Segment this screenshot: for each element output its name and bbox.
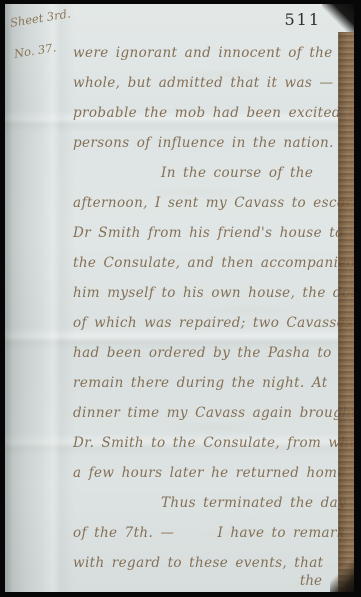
manuscript-line: Dr Smith from his friend's house to [73, 218, 340, 248]
top-right-corner-shadow [322, 4, 354, 32]
manuscript-line: of which was repaired; two Cavasses [73, 308, 340, 338]
manuscript-line: remain there during the night. At [73, 368, 340, 398]
manuscript-line: Thus terminated the day [73, 488, 340, 518]
binding-gutter-shadow [5, 4, 75, 592]
folio-number: 511 [284, 10, 321, 29]
catchword: the [300, 573, 322, 589]
margin-note-dispatch-number: No. 37. [13, 40, 57, 60]
manuscript-line: In the course of the [73, 158, 340, 188]
manuscript-line: were ignorant and innocent of the [73, 38, 340, 68]
manuscript-line: the Consulate, and then accompanied [73, 248, 340, 278]
manuscript-line: afternoon, I sent my Cavass to escort [73, 188, 340, 218]
manuscript-line: probable the mob had been excited by [73, 98, 340, 128]
scanned-photo-frame: 511 Sheet 3rd. No. 37. were ignorant and… [0, 0, 361, 597]
document-page: 511 Sheet 3rd. No. 37. were ignorant and… [5, 4, 354, 592]
manuscript-line: dinner time my Cavass again brought [73, 398, 340, 428]
manuscript-line: had been ordered by the Pasha to [73, 338, 340, 368]
manuscript-lines: were ignorant and innocent of thewhole, … [73, 38, 340, 578]
manuscript-line: Dr. Smith to the Consulate, from where [73, 428, 340, 458]
manuscript-line: whole, but admitted that it was — [73, 68, 340, 98]
manuscript-line: him myself to his own house, the door [73, 278, 340, 308]
manuscript-line: of the 7th. — I have to remark, [73, 518, 340, 548]
margin-note-sheet: Sheet 3rd. [9, 6, 71, 29]
manuscript-line: a few hours later he returned home. [73, 458, 340, 488]
manuscript-line: persons of influence in the nation. [73, 128, 340, 158]
